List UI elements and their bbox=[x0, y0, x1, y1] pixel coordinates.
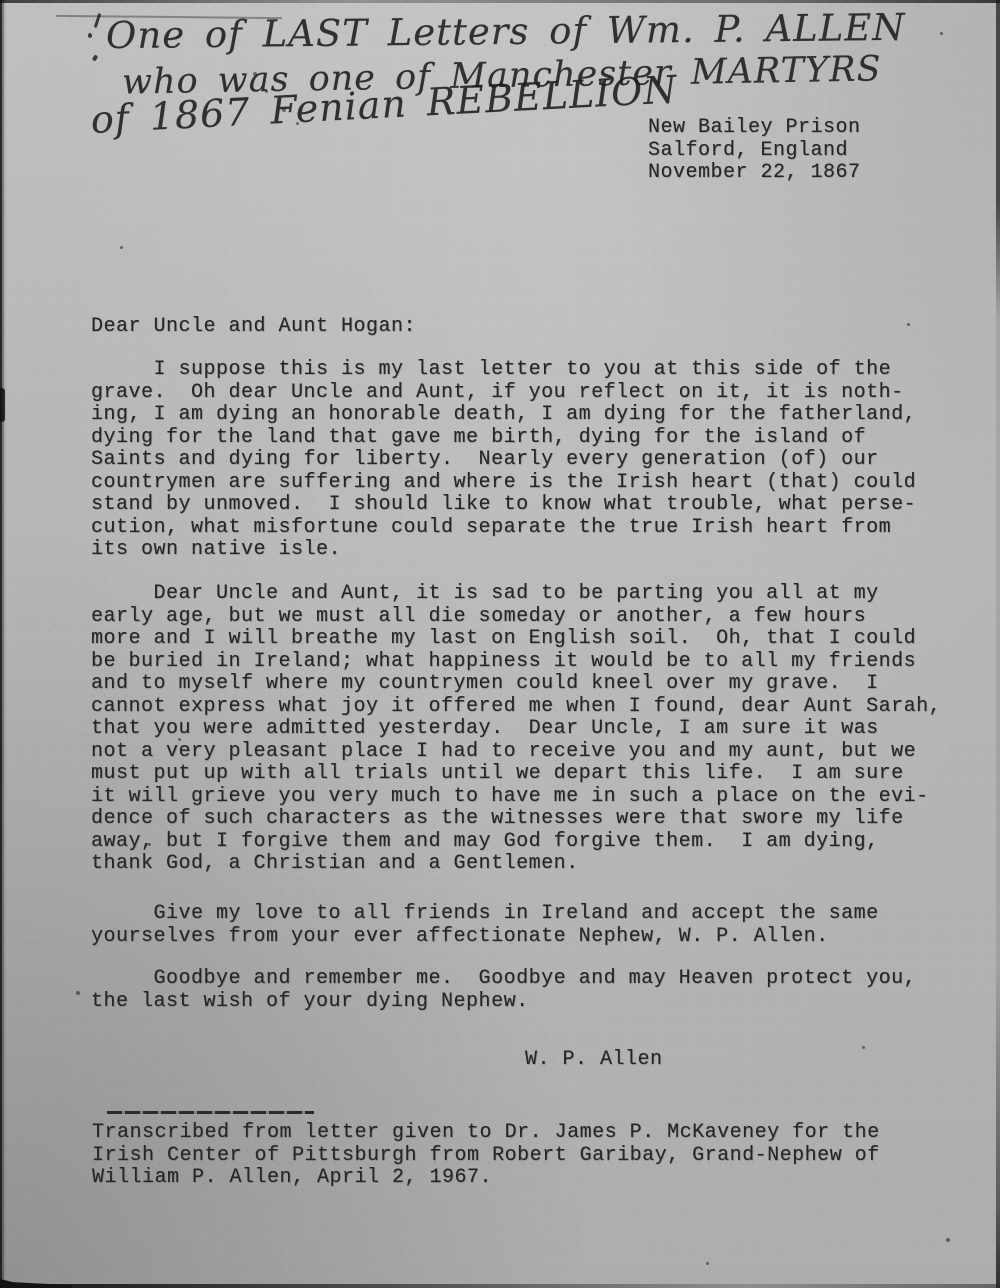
letter-paragraph-4: Goodbye and remember me. Goodbye and may… bbox=[91, 968, 916, 1013]
signature: W. P. Allen bbox=[525, 1049, 663, 1072]
letter-paragraph-1: I suppose this is my last letter to you … bbox=[91, 359, 916, 562]
stray-pen-mark bbox=[88, 33, 92, 38]
letter-paragraph-3: Give my love to all friends in Ireland a… bbox=[91, 903, 879, 948]
paper-speck bbox=[946, 1238, 950, 1242]
paper-speck bbox=[862, 1046, 865, 1049]
paper-speck bbox=[76, 991, 80, 995]
dateline-block: New Bailey Prison Salford, England Novem… bbox=[648, 117, 861, 185]
transcription-note: Transcribed from letter given to Dr. Jam… bbox=[92, 1122, 880, 1190]
paper-speck bbox=[120, 246, 123, 249]
footer-divider bbox=[107, 1111, 314, 1114]
letter-paragraph-2: Dear Uncle and Aunt, it is sad to be par… bbox=[91, 583, 941, 876]
handwritten-annotation-line-1: One of LAST Letters of Wm. P. ALLEN bbox=[106, 6, 906, 57]
scan-edge-notch bbox=[0, 388, 5, 422]
scan-edge-left bbox=[0, 0, 7, 1288]
scan-edge-top bbox=[0, 0, 1000, 3]
paper-speck bbox=[907, 323, 910, 326]
salutation: Dear Uncle and Aunt Hogan: bbox=[91, 316, 416, 339]
paper-speck bbox=[706, 1262, 709, 1265]
paper-speck bbox=[940, 32, 943, 35]
scan-edge-bottom bbox=[0, 1284, 1000, 1288]
scan-edge-right bbox=[996, 0, 1000, 1288]
